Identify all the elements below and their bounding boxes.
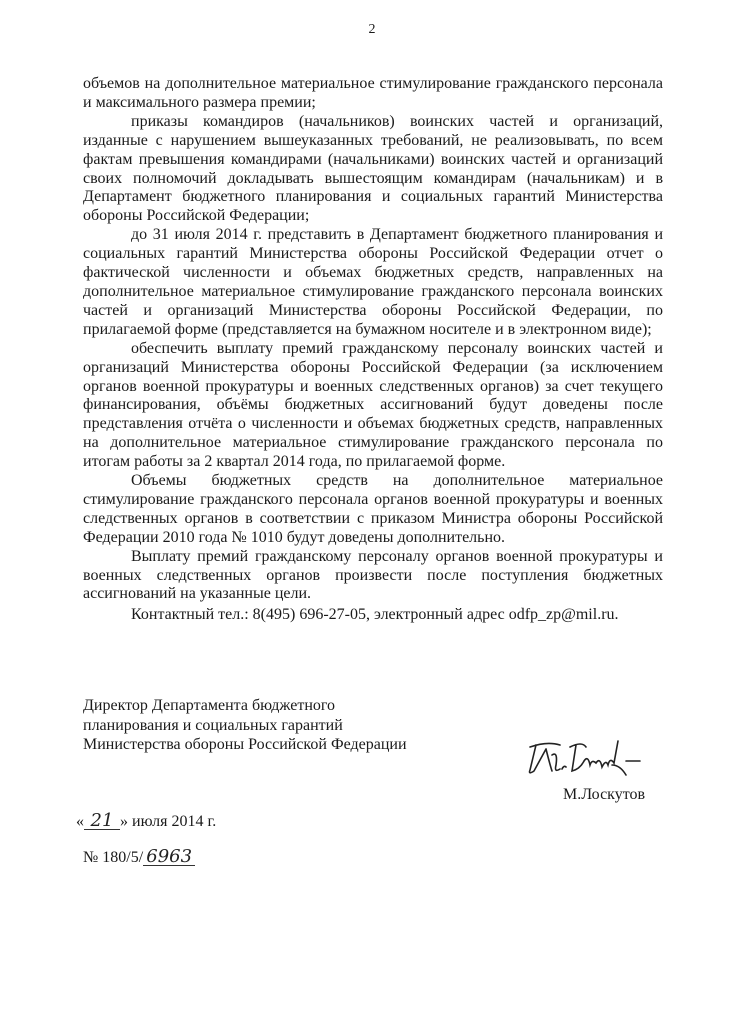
- registration-prefix: № 180/5/: [83, 849, 143, 866]
- date-open-quote: «: [76, 813, 84, 830]
- signatory-name: М.Лоскутов: [563, 786, 645, 804]
- date-rest: » июля 2014 г.: [120, 813, 216, 830]
- handwritten-signature-icon: [522, 735, 662, 780]
- contact-info: Контактный тел.: 8(495) 696-27-05, элект…: [83, 606, 663, 625]
- registration-number: № 180/5/6963: [83, 849, 195, 867]
- signatory-title-line: планирования и социальных гарантий: [83, 716, 407, 736]
- document-date: «21» июля 2014 г.: [76, 813, 216, 831]
- paragraph-continuation: объемов на дополнительное материальное с…: [83, 75, 663, 113]
- letter-body: объемов на дополнительное материальное с…: [83, 75, 663, 625]
- signatory-title: Директор Департамента бюджетного планиро…: [83, 696, 407, 755]
- paragraph-prosecution-bonus: Выплату премий гражданскому персоналу ор…: [83, 548, 663, 605]
- registration-number-handwritten: 6963: [143, 849, 195, 866]
- paragraph-report-deadline: до 31 июля 2014 г. представить в Департа…: [83, 226, 663, 339]
- signatory-title-line: Директор Департамента бюджетного: [83, 696, 407, 716]
- paragraph-bonus-payment: обеспечить выплату премий гражданскому п…: [83, 340, 663, 472]
- date-day-handwritten: 21: [84, 813, 120, 830]
- page-number: 2: [0, 22, 744, 38]
- paragraph-orders: приказы командиров (начальников) воински…: [83, 113, 663, 226]
- signatory-title-line: Министерства обороны Российской Федераци…: [83, 735, 407, 755]
- paragraph-budget-volumes: Объемы бюджетных средств на дополнительн…: [83, 472, 663, 548]
